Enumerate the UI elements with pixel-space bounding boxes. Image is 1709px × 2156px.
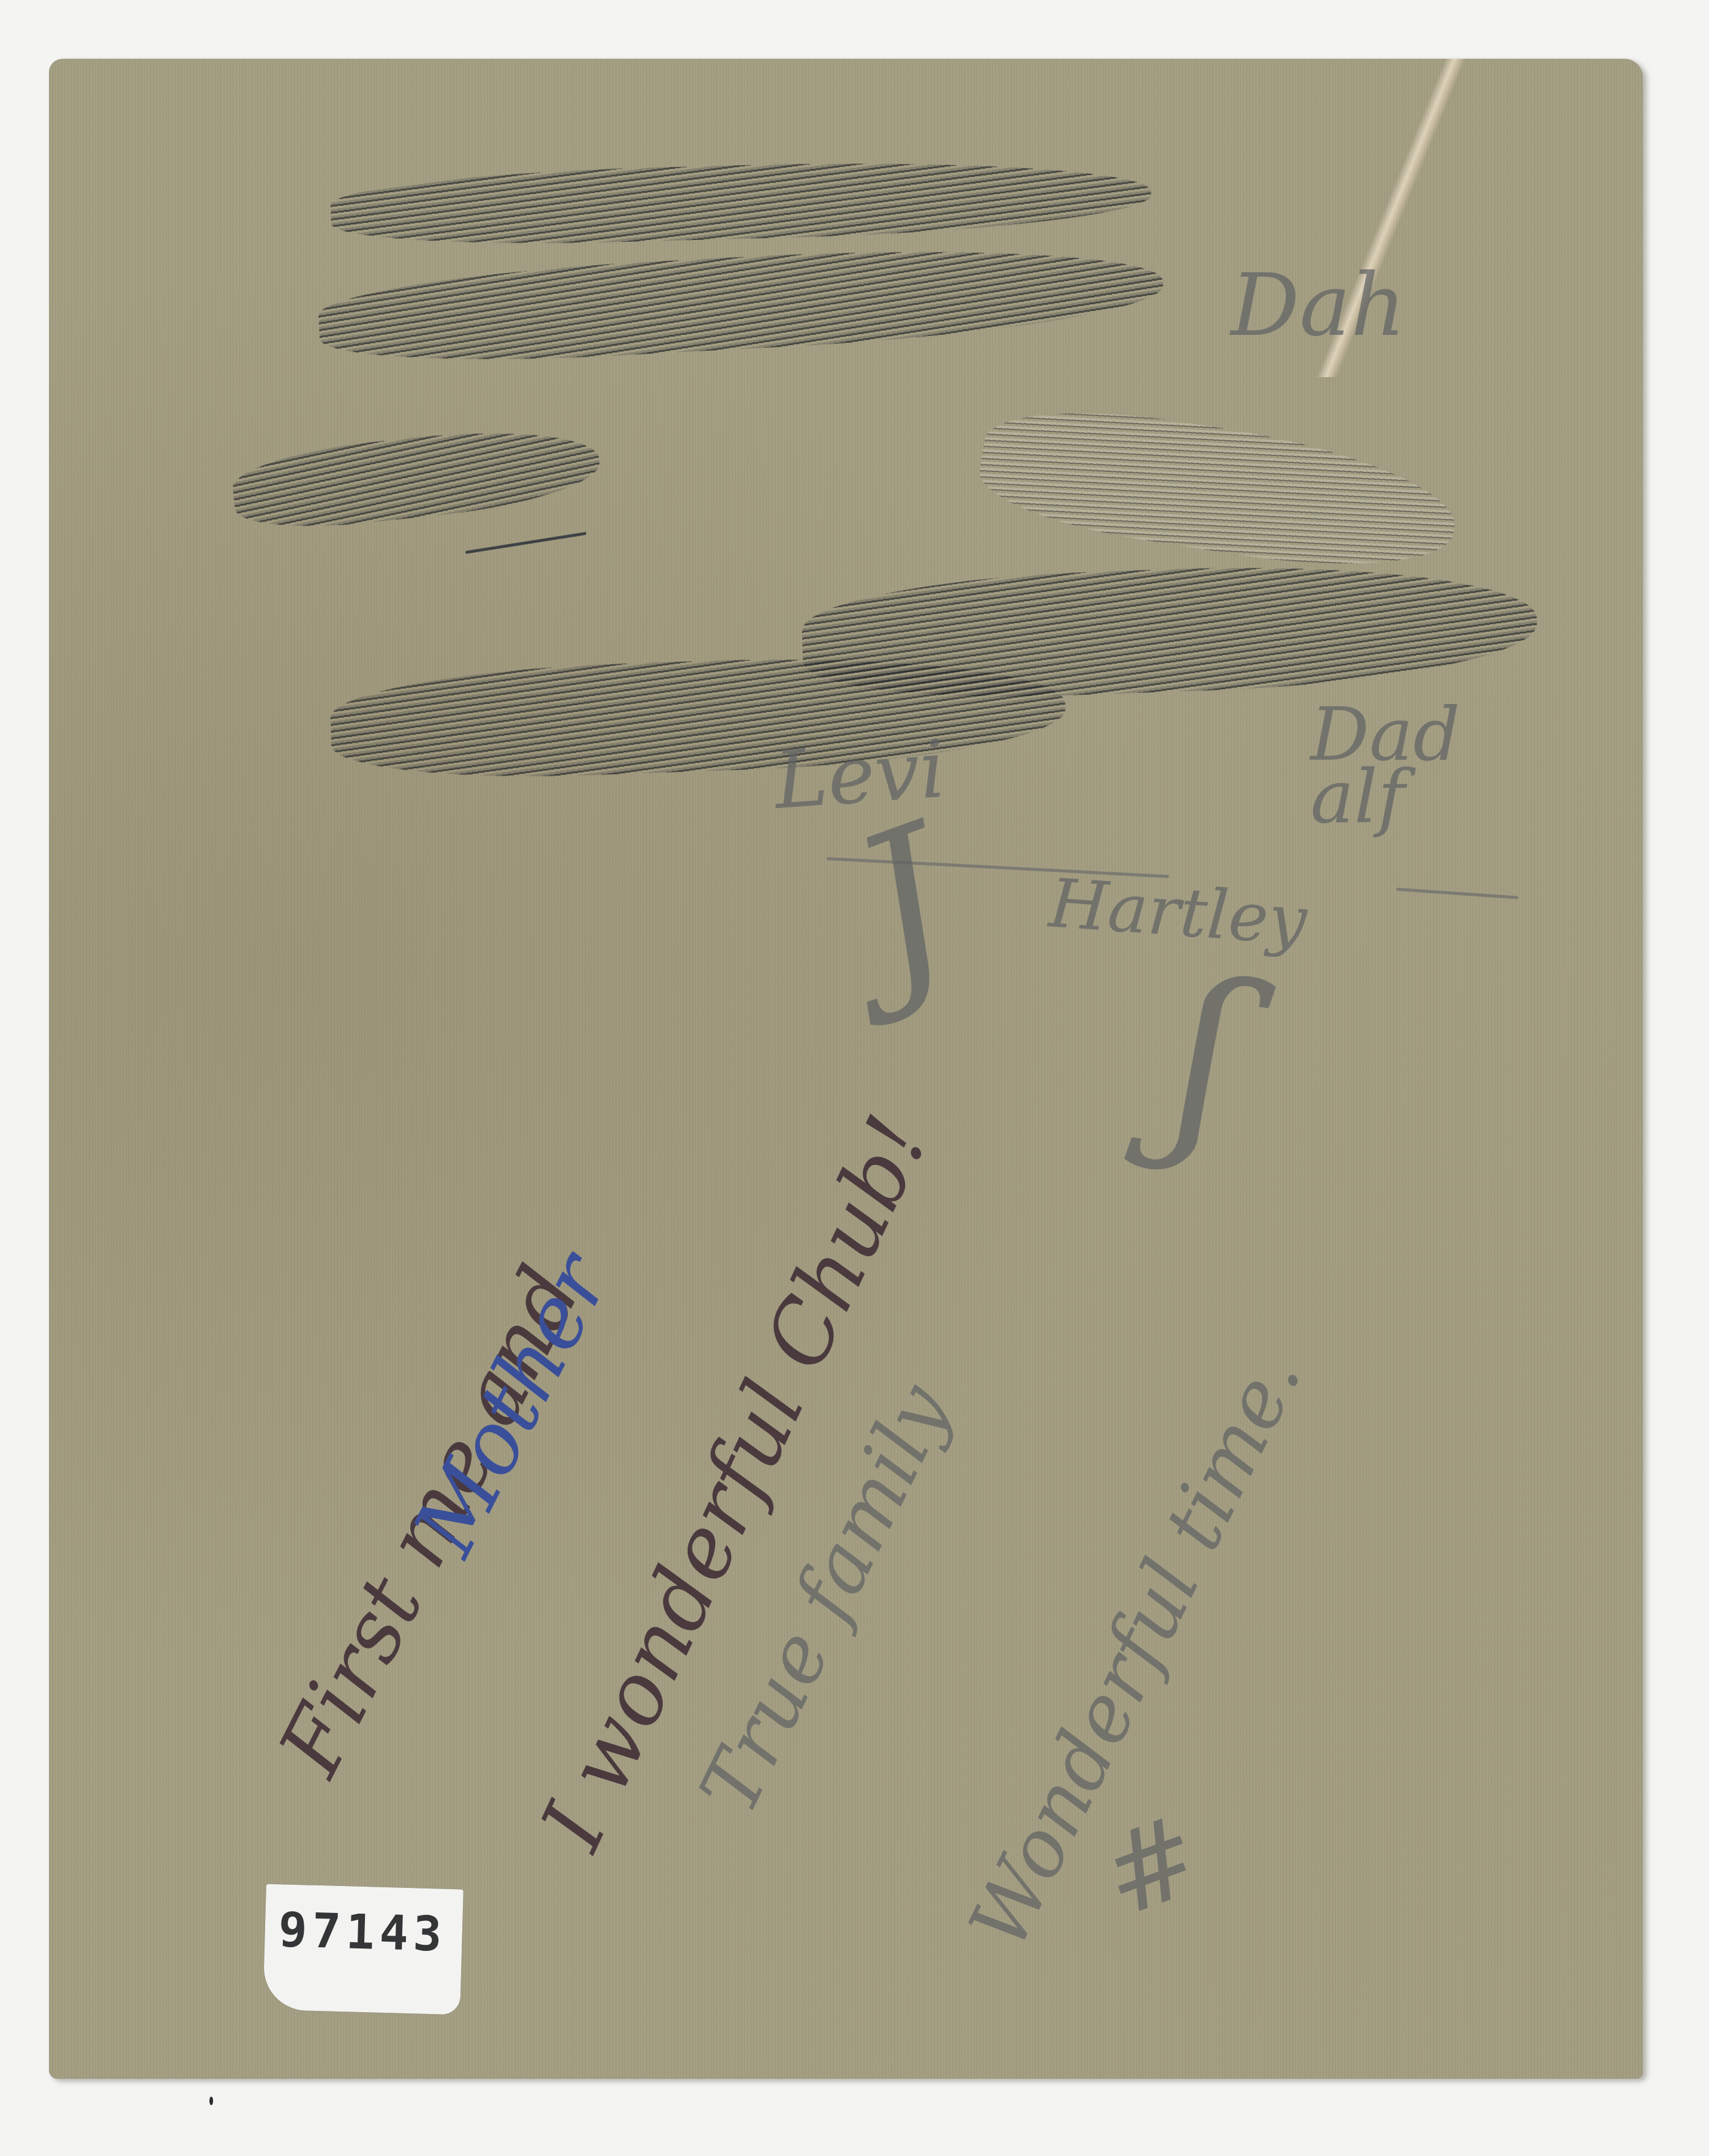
- inscription-hartley: Hartley: [1047, 869, 1309, 954]
- photo-card-back: [49, 59, 1643, 2079]
- accession-number-label: 97143: [263, 1884, 464, 2015]
- inscription-dad-alf: Dad alf: [1310, 704, 1512, 829]
- inscription-dah: Dah: [1231, 263, 1406, 349]
- accession-number: 97143: [278, 1903, 448, 1963]
- scan-dust-speck: [209, 2097, 213, 2105]
